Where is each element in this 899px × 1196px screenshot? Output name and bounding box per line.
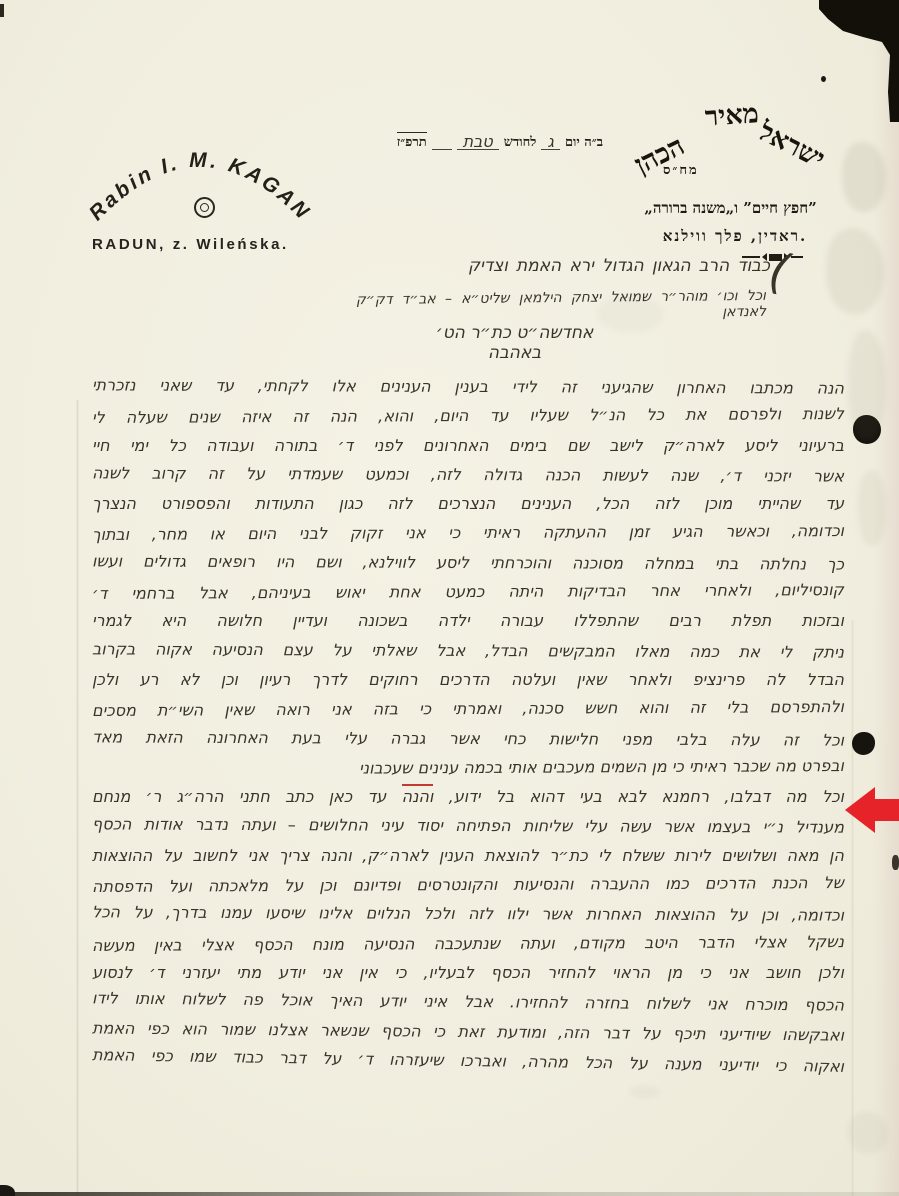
paper-crease [852,620,853,1196]
letter-body: הנה מכתבו האחרון שהגיעני זה לידי בענין ה… [92,372,844,1075]
handwritten-line: ולכן חושב אני כי מן הראוי להחזיר הכסף לב… [92,958,844,987]
handwritten-line: אשר יזכני ד׳, שנה לעשות הכנה גדולה לזה, … [92,458,844,491]
date-month-handwritten: טבת [457,134,499,150]
handwritten-line: נשקל אצלי הדבר היטב מקודם, ועתה שנתעכבה … [92,927,844,960]
scanned-letter-page: Rabin I. M. KAGAN RADUN, z. Wileńska. ב״… [0,0,899,1196]
handwritten-line: קונסיליום, ולאחרי אחר הבדיקות היתה כמעט … [92,575,844,608]
scan-artifact-speck [892,855,899,870]
red-arrow-tail [874,799,899,821]
ornament-dash [791,256,803,258]
scan-bottom-edge [0,1192,899,1196]
arrow-line-after: עד כאן כתב חתני הרה״ג ר׳ מנחם [92,787,402,806]
scan-artifact-corner [819,0,899,125]
greeting-line: וכל וכו׳ מוהר״ר שמואל יצחק הילמאן שליט״א… [356,288,766,324]
handwritten-line: של הכנת הדרכים כמו ההעברה והנסיעות והקונ… [92,868,844,901]
handwritten-line: עד שהייתי מוכן לזה הכל, הענינים הנצרכים … [92,489,844,518]
double-circle-emblem-inner [200,203,209,212]
bleed-through-smudge [826,228,884,314]
scan-artifact-dot [852,732,875,755]
handwritten-line: הן מאה ושלושים לירות ששלח לי כת״ר להוצאת… [92,841,844,870]
bleed-through-smudge [858,470,886,546]
red-arrow-head-icon [845,787,875,833]
scan-artifact-speck [0,4,4,17]
date-blank-line [432,135,452,150]
author-abbreviation: מח״ס [663,162,699,178]
handwritten-line: מענדיל נ״י בעצמו אשר עשה עלי שליחות הפתי… [92,810,844,843]
handwritten-line: כך נחלתה בתי במחלה מסוכנה והוכרחתי ליסע … [92,546,844,579]
latin-letterhead-arc: Rabin I. M. KAGAN [75,128,325,248]
handwritten-line: ולהתפרסם בלי זה והוא חשש סכנה, ואמרתי כי… [92,692,844,725]
date-year: תרפ״ז [397,132,427,150]
handwritten-line: הבדל לה פרינציפ ולאחר שאין ועלטה הדרכים … [92,665,844,694]
handwritten-line: ברעיוני ליסע לארה״ק לישב שם בימים האחרונ… [92,431,844,460]
handwritten-line: הנה מכתבו האחרון שהגיעני זה לידי בענין ה… [92,370,844,403]
bleed-through-smudge [630,1086,660,1098]
red-overlined-word: והנה [402,784,434,806]
greeting-line: אחדשה״ט כת״ר הט׳ באהבה [412,323,617,363]
handwritten-line: וכדומה, וכאשר הגיע זמן ההעתקה ראיתי כי א… [92,517,844,550]
hebrew-name-word-meir: מאיר [704,98,760,133]
city-line: ראדין, פלך ווילנא. [645,227,825,246]
double-circle-emblem-icon [194,197,215,218]
handwritten-line: לשנות ולפרסם את כל הנ״ל שעליו עד היום, ו… [92,399,844,432]
arrow-line-before: וכל מה דבלבו, רחמנא לבא בעי דהוא בל ידוע… [433,787,844,806]
handwritten-line: ובפרט מה שכבר ראיתי כי מן השמים מעכבים א… [92,751,844,784]
date-day-handwritten: ג [541,134,560,150]
bleed-through-smudge [842,142,886,212]
red-arrow-annotation [845,787,899,833]
handwritten-line: וכדומה, וכן על ההוצאות האחרות אשר ילוו ל… [92,898,844,931]
date-prefix: ב״ה יום [565,134,603,150]
scan-artifact-corner [0,1185,15,1196]
bleed-through-smudge [848,330,886,440]
paper-crease [77,400,78,1196]
date-month-label: לחודש [504,134,537,150]
handwritten-line: ניתק לי את כמה מאלו המבקשים הבדל, אבל שא… [92,634,844,667]
greeting-line: כבוד הרב הגאון הגדול ירא האמת וצדיק [468,256,770,276]
handwritten-line: ובזכות תפלת רבים שהתפללו עבורה ילדה בשכו… [92,606,844,635]
handwritten-line-with-mark: וכל מה דבלבו, רחמנא לבא בעי דהוא בל ידוע… [92,782,844,811]
works-line: „חפץ חיים” ו„משנה ברורה” [628,199,833,218]
bleed-through-smudge [848,1112,888,1154]
scan-artifact-speck [821,76,826,82]
address-latin: RADUN, z. Wileńska. [92,236,289,253]
handwritten-line: וכל זה עלה בלבי מפני חלישות כחי אשר גברה… [92,722,844,755]
date-line: ב״ה יום ג לחודש טבת תרפ״ז [333,132,603,150]
